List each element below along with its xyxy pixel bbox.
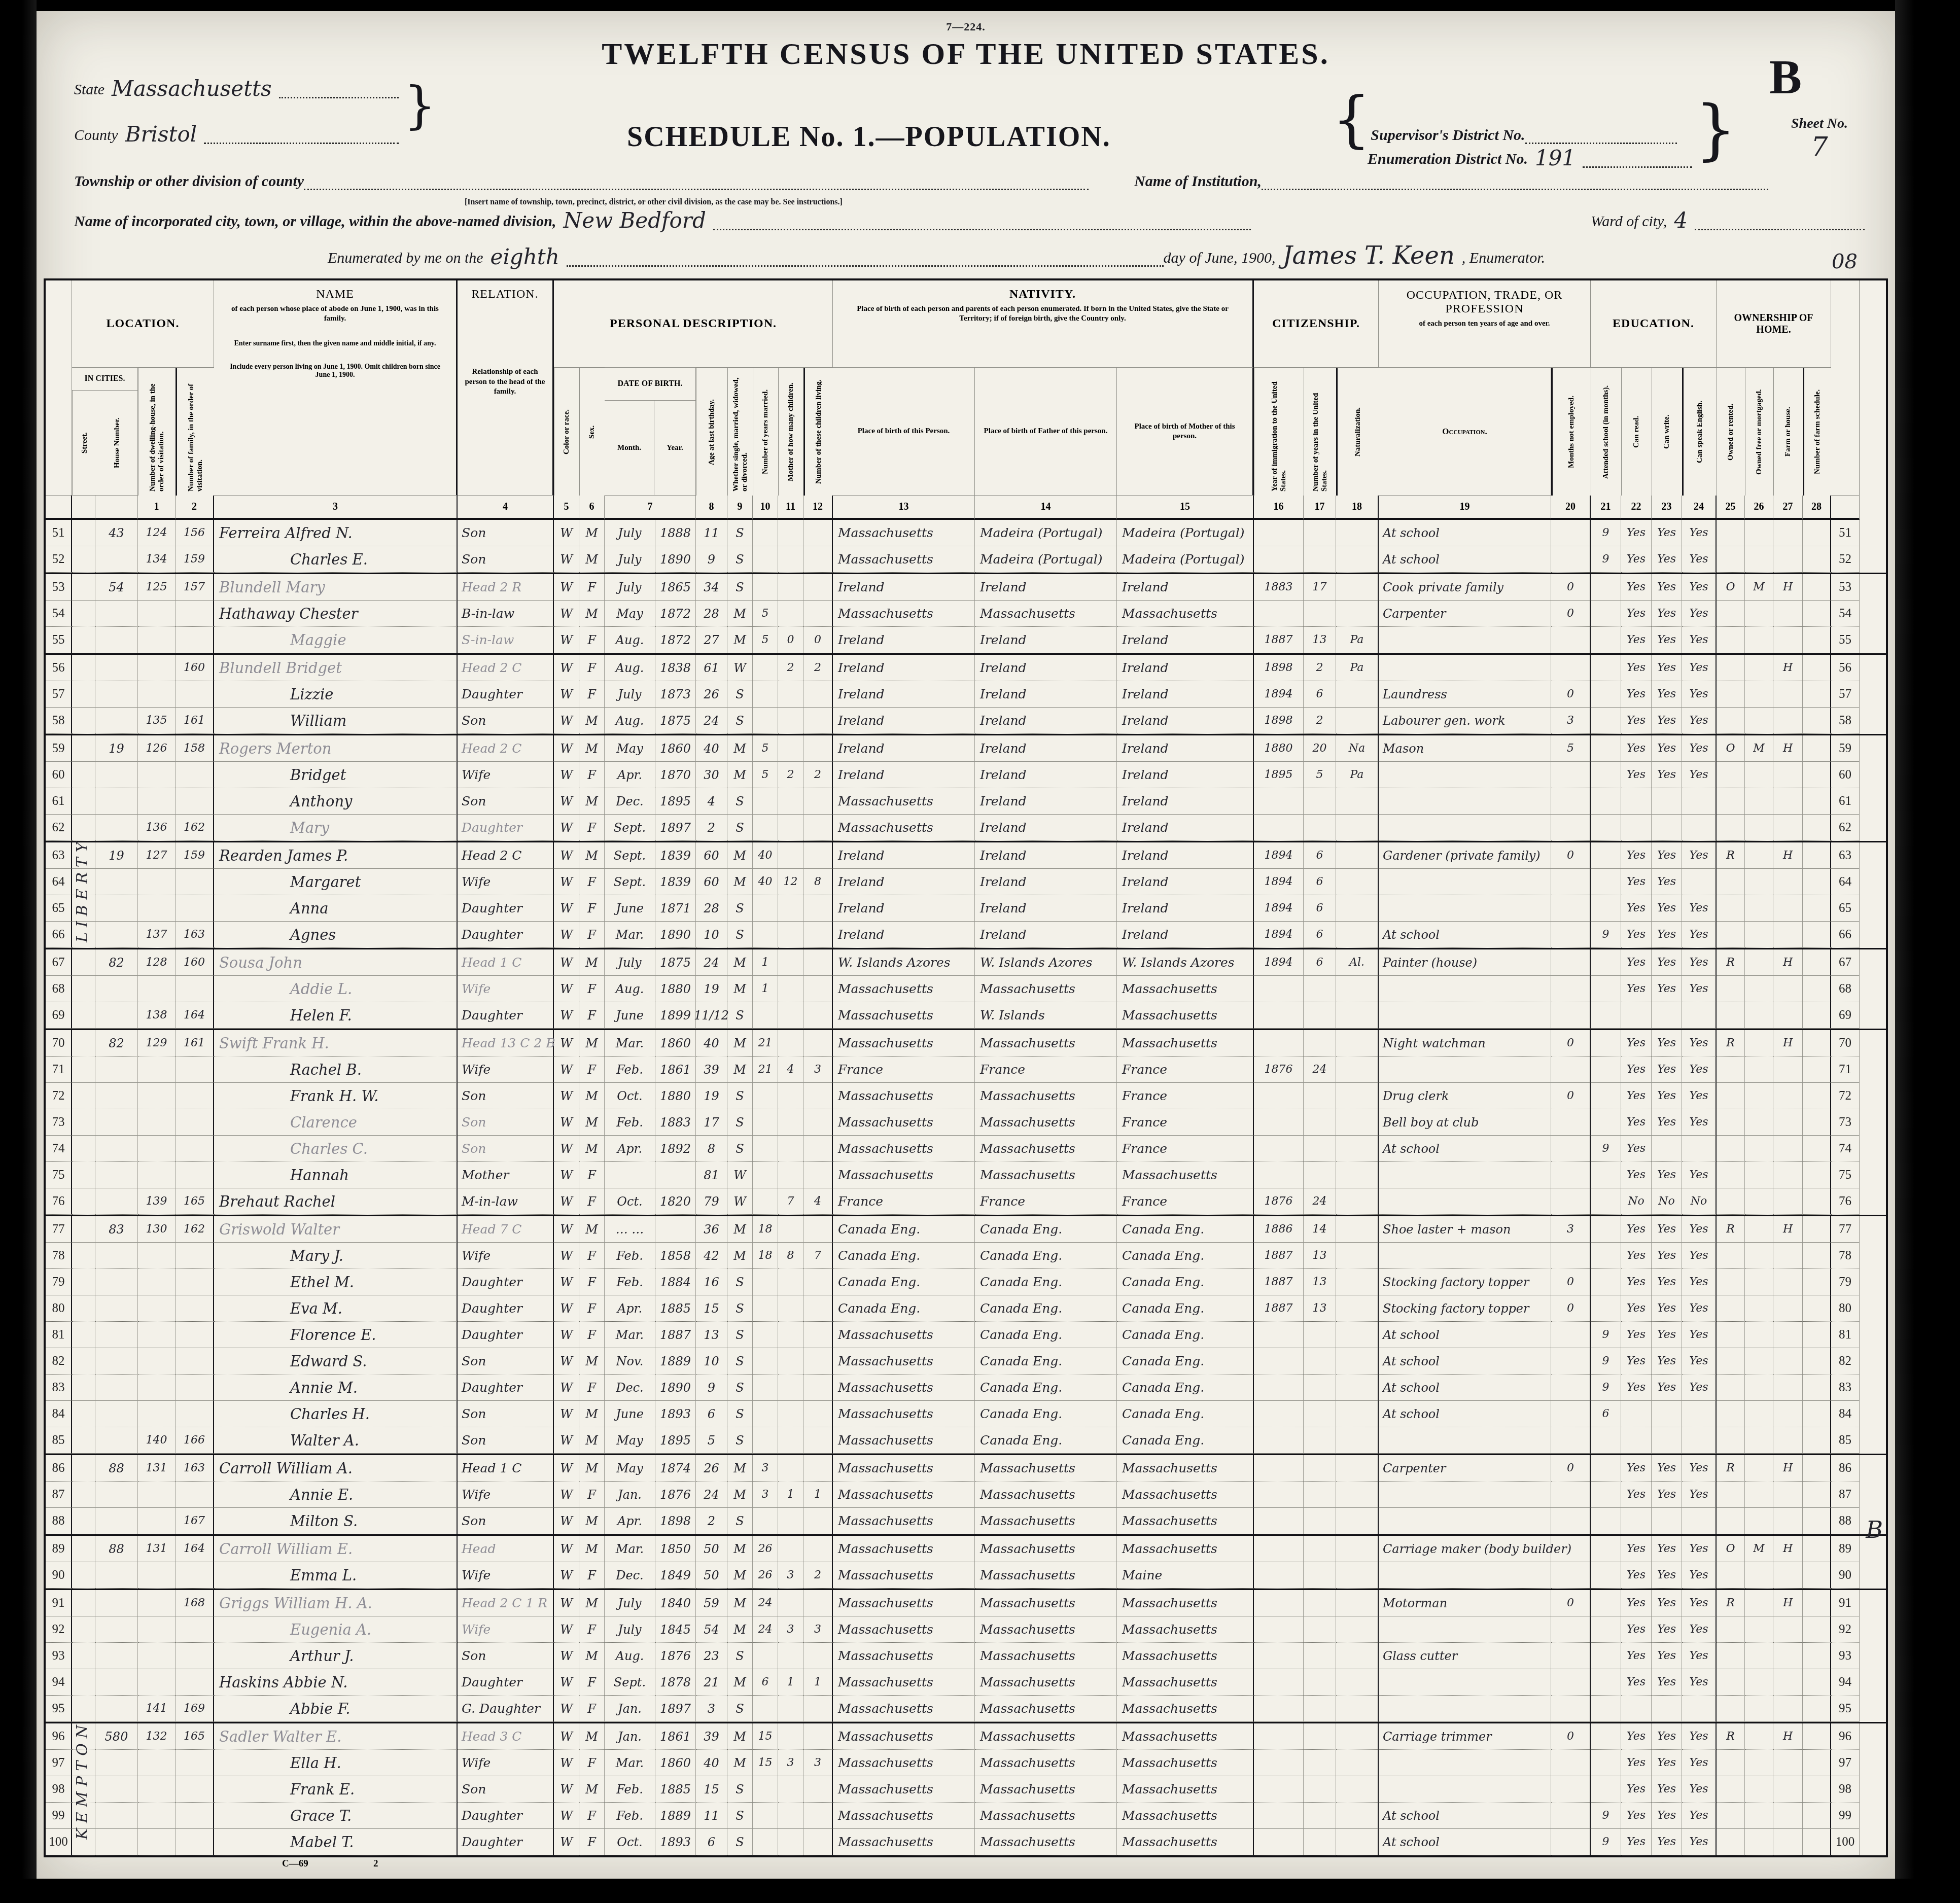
cell-can-write: Yes [1652, 1616, 1682, 1643]
cell-attended-school [1591, 1056, 1621, 1083]
occupation-title: OCCUPATION, TRADE, OR PROFESSION [1379, 289, 1590, 316]
col-years-married: Number of years married. [753, 368, 778, 496]
cell-immigration-year: 1894 [1254, 922, 1304, 948]
cell-farm-schedule [1803, 922, 1831, 948]
cell-relation: Son [458, 1401, 554, 1427]
cell-years-married [753, 520, 778, 546]
cell-years-in-us: 13 [1304, 1269, 1336, 1295]
cell-mother-of-children [778, 1030, 803, 1056]
cell-immigration-year [1254, 1508, 1304, 1534]
cell-birth-month: Aug. [605, 655, 655, 681]
cell-attended-school [1591, 815, 1621, 841]
cell-family-number [176, 895, 214, 922]
cell-person-name: William [214, 708, 458, 734]
cell-pob-father: Canada Eng. [975, 1401, 1117, 1427]
cell-can-write: Yes [1652, 1562, 1682, 1589]
cell-birth-month: Dec. [605, 788, 655, 815]
cell-street-cell [72, 1508, 95, 1534]
cell-row-number-left: 79 [46, 1269, 72, 1295]
cell-farm-or-house [1773, 520, 1803, 546]
cell-mother-of-children [778, 1723, 803, 1750]
cell-sex: F [579, 1243, 605, 1269]
census-row: 55MaggieS-in-lawWFAug.187227M500IrelandI… [46, 627, 1886, 653]
cell-pob-person: Massachusetts [833, 815, 975, 841]
cell-birth-month: Feb. [605, 1269, 655, 1295]
cell-can-write [1652, 1427, 1682, 1454]
cell-row-number-right: 99 [1831, 1803, 1860, 1829]
enumeration-blank [1583, 149, 1692, 168]
cell-birth-year [655, 1162, 696, 1188]
cell-immigration-year [1254, 1375, 1304, 1401]
cell-dwelling-number [138, 1375, 176, 1401]
cell-sex: F [579, 681, 605, 708]
cell-row-number-right: 90 [1831, 1562, 1860, 1589]
cell-children-living: 7 [803, 1243, 833, 1269]
cell-relation: Wife [458, 1056, 554, 1083]
census-row: 91168Griggs William H. A.Head 2 C 1 RWMJ… [46, 1589, 1886, 1616]
cell-farm-schedule [1803, 1776, 1831, 1803]
column-number: 19 [1379, 496, 1551, 520]
cell-years-in-us [1304, 1669, 1336, 1696]
census-row: 5143124156Ferreira Alfred N.SonWMJuly188… [46, 520, 1886, 546]
cell-years-married [753, 1776, 778, 1803]
cell-pob-mother: Massachusetts [1117, 1696, 1254, 1722]
cell-house-number [95, 1508, 138, 1534]
cell-attended-school: 9 [1591, 1322, 1621, 1348]
cell-farm-schedule [1803, 976, 1831, 1002]
cell-birth-year: 1840 [655, 1590, 696, 1616]
cell-sex: M [579, 1536, 605, 1562]
cell-marital-status: M [727, 976, 753, 1002]
cell-relation: Wife [458, 1243, 554, 1269]
cell-house-number [95, 1375, 138, 1401]
cell-children-living [803, 1536, 833, 1562]
cell-person-name: Charles E. [214, 546, 458, 573]
cell-months-not-employed: 0 [1551, 574, 1591, 601]
cell-pob-mother: Ireland [1117, 655, 1254, 681]
cell-can-speak-english: Yes [1682, 1030, 1717, 1056]
cell-row-number-right: 93 [1831, 1643, 1860, 1669]
cell-age: 28 [696, 601, 727, 627]
cell-row-number-right: 83 [1831, 1375, 1860, 1401]
cell-can-write: Yes [1652, 574, 1682, 601]
cell-immigration-year [1254, 546, 1304, 573]
cell-row-number-right: 66 [1831, 922, 1860, 948]
cell-birth-month: May [605, 1455, 655, 1482]
cell-owned-rented: R [1717, 1455, 1745, 1482]
cell-color-race: W [554, 1295, 579, 1322]
cell-house-number [95, 1188, 138, 1215]
cell-house-number [95, 546, 138, 573]
cell-can-read: Yes [1621, 1295, 1652, 1322]
cell-years-in-us [1304, 1723, 1336, 1750]
cell-farm-or-house [1773, 1482, 1803, 1508]
form-code: 7—224. [44, 20, 1888, 33]
cell-dwelling-number: 131 [138, 1536, 176, 1562]
cell-immigration-year [1254, 1803, 1304, 1829]
cell-birth-year: 1889 [655, 1348, 696, 1375]
cell-owned-free-mortgaged [1745, 1723, 1773, 1750]
cell-months-not-employed [1551, 1375, 1591, 1401]
name-desc: of each person whose place of abode on J… [222, 301, 448, 327]
cell-attended-school [1591, 1669, 1621, 1696]
cell-children-living [803, 1427, 833, 1454]
census-row: 92Eugenia A.WifeWFJuly184554M2433Massach… [46, 1616, 1886, 1643]
cell-immigration-year [1254, 976, 1304, 1002]
institution-label: Name of Institution, [1134, 173, 1262, 190]
cell-pob-person: Massachusetts [833, 1030, 975, 1056]
census-row: 6319127159Rearden James P.Head 2 CWMSept… [46, 841, 1886, 869]
cell-farm-or-house [1773, 1776, 1803, 1803]
cell-family-number: 169 [176, 1696, 214, 1722]
cell-row-number-right: 63 [1831, 842, 1860, 869]
cell-farm-schedule [1803, 1482, 1831, 1508]
cell-can-read: Yes [1621, 762, 1652, 788]
cell-years-married [753, 1427, 778, 1454]
cell-pob-father: Massachusetts [975, 1643, 1117, 1669]
cell-attended-school [1591, 708, 1621, 734]
cell-owned-rented [1717, 1375, 1745, 1401]
census-row: 88167Milton S.SonWMApr.18982SMassachuset… [46, 1508, 1886, 1534]
cell-attended-school [1591, 976, 1621, 1002]
cell-dwelling-number [138, 1269, 176, 1295]
cell-age: 40 [696, 735, 727, 762]
cell-age: 26 [696, 681, 727, 708]
cell-marital-status: S [727, 1109, 753, 1136]
cell-row-number-left: 83 [46, 1375, 72, 1401]
cell-age: 6 [696, 1401, 727, 1427]
cell-row-number-left: 92 [46, 1616, 72, 1643]
cell-street-cell [72, 1482, 95, 1508]
scan-edge-left [0, 0, 37, 1903]
cell-naturalization [1336, 1643, 1379, 1669]
cell-row-number-left: 58 [46, 708, 72, 734]
cell-family-number: 163 [176, 1455, 214, 1482]
cell-family-number: 161 [176, 1030, 214, 1056]
cell-can-read: Yes [1621, 842, 1652, 869]
cell-house-number [95, 1056, 138, 1083]
cell-years-in-us [1304, 546, 1336, 573]
cell-mother-of-children [778, 1002, 803, 1029]
census-row: 57LizzieDaughterWFJuly187326SIrelandIrel… [46, 681, 1886, 708]
cell-row-number-left: 81 [46, 1322, 72, 1348]
cell-row-number-left: 78 [46, 1243, 72, 1269]
cell-relation: Son [458, 1083, 554, 1109]
cell-naturalization [1336, 869, 1379, 895]
cell-house-number [95, 1829, 138, 1855]
group-occupation: OCCUPATION, TRADE, OR PROFESSION of each… [1379, 280, 1591, 368]
cell-house-number [95, 869, 138, 895]
cell-immigration-year [1254, 1482, 1304, 1508]
cell-immigration-year: 1883 [1254, 574, 1304, 601]
cell-years-married [753, 1162, 778, 1188]
cell-sex: F [579, 1829, 605, 1855]
cell-can-read [1621, 1508, 1652, 1534]
cell-row-number-right: 54 [1831, 601, 1860, 627]
cell-naturalization [1336, 1243, 1379, 1269]
cell-immigration-year [1254, 1696, 1304, 1722]
cell-sex: M [579, 1216, 605, 1243]
cell-can-speak-english [1682, 815, 1717, 841]
cell-house-number: 19 [95, 842, 138, 869]
cell-color-race: W [554, 762, 579, 788]
cell-owned-free-mortgaged [1745, 895, 1773, 922]
supervisor-blank [1525, 125, 1677, 144]
cell-naturalization [1336, 1482, 1379, 1508]
cell-person-name: Sadler Walter E. [214, 1723, 458, 1750]
cell-house-number: 43 [95, 520, 138, 546]
cell-children-living [803, 1295, 833, 1322]
cell-occupation [1379, 869, 1551, 895]
cell-row-number-left: 52 [46, 546, 72, 573]
cell-person-name: Mary J. [214, 1243, 458, 1269]
cell-naturalization: Al. [1336, 949, 1379, 976]
cell-children-living [803, 735, 833, 762]
census-row: 68Addie L.WifeWFAug.188019M1Massachusett… [46, 976, 1886, 1002]
cell-farm-schedule [1803, 1536, 1831, 1562]
cell-farm-schedule [1803, 1348, 1831, 1375]
cell-pob-person: Massachusetts [833, 1375, 975, 1401]
enumerator-label: , Enumerator. [1462, 250, 1545, 267]
cell-house-number [95, 1322, 138, 1348]
cell-years-in-us [1304, 815, 1336, 841]
cell-children-living [803, 1136, 833, 1162]
cell-months-not-employed [1551, 627, 1591, 653]
cell-mother-of-children [778, 1083, 803, 1109]
cell-can-write: Yes [1652, 1750, 1682, 1776]
cell-dwelling-number [138, 976, 176, 1002]
cell-months-not-employed [1551, 895, 1591, 922]
cell-attended-school [1591, 1590, 1621, 1616]
cell-marital-status: S [727, 895, 753, 922]
cell-can-write: Yes [1652, 1590, 1682, 1616]
cell-street-cell [72, 1401, 95, 1427]
cell-person-name: Eva M. [214, 1295, 458, 1322]
cell-immigration-year [1254, 1669, 1304, 1696]
cell-years-in-us: 6 [1304, 842, 1336, 869]
cell-pob-person: Massachusetts [833, 1455, 975, 1482]
cell-children-living [803, 1803, 833, 1829]
cell-years-in-us [1304, 1401, 1336, 1427]
cell-occupation: Drug clerk [1379, 1083, 1551, 1109]
cell-can-write: Yes [1652, 1269, 1682, 1295]
cell-occupation [1379, 1562, 1551, 1589]
cell-farm-or-house [1773, 1002, 1803, 1029]
cell-owned-free-mortgaged [1745, 1162, 1773, 1188]
cell-person-name: Florence E. [214, 1322, 458, 1348]
cell-can-write: Yes [1652, 895, 1682, 922]
cell-farm-schedule [1803, 681, 1831, 708]
cell-mother-of-children [778, 1109, 803, 1136]
cell-farm-schedule [1803, 1669, 1831, 1696]
cell-owned-free-mortgaged [1745, 1427, 1773, 1454]
col-speak-english: Can speak English. [1682, 368, 1717, 496]
cell-color-race: W [554, 1508, 579, 1534]
cell-owned-rented [1717, 1083, 1745, 1109]
cell-sex: F [579, 976, 605, 1002]
cell-occupation [1379, 1669, 1551, 1696]
cell-children-living: 1 [803, 1669, 833, 1696]
relation-desc: Relationship of each person to the head … [462, 367, 548, 397]
cell-can-read: Yes [1621, 1829, 1652, 1855]
cell-mother-of-children [778, 976, 803, 1002]
cell-street-cell [72, 1136, 95, 1162]
cell-months-not-employed: 0 [1551, 1083, 1591, 1109]
cell-street-cell [72, 1562, 95, 1589]
cell-relation: S-in-law [458, 627, 554, 653]
cell-mother-of-children [778, 735, 803, 762]
column-number: 26 [1745, 496, 1773, 520]
cell-farm-schedule [1803, 1696, 1831, 1722]
cell-row-number-left: 75 [46, 1162, 72, 1188]
cell-sex: M [579, 520, 605, 546]
cell-children-living [803, 1776, 833, 1803]
cell-owned-rented [1717, 708, 1745, 734]
cell-row-number-left: 86 [46, 1455, 72, 1482]
cell-marital-status: M [727, 842, 753, 869]
column-number: 5 [554, 496, 579, 520]
column-number: 3 [214, 496, 458, 520]
cell-farm-or-house [1773, 922, 1803, 948]
cell-street-cell [72, 574, 95, 601]
cell-mother-of-children: 7 [778, 1188, 803, 1215]
cell-can-write: Yes [1652, 1243, 1682, 1269]
cell-street-cell [72, 681, 95, 708]
cell-attended-school [1591, 949, 1621, 976]
cell-color-race: W [554, 1829, 579, 1855]
cell-dwelling-number [138, 869, 176, 895]
cell-house-number [95, 788, 138, 815]
cell-sex: F [579, 922, 605, 948]
column-number [1831, 496, 1860, 520]
cell-dwelling-number [138, 681, 176, 708]
cell-birth-month: Aug. [605, 1643, 655, 1669]
census-row: 8988131164Carroll William E.HeadWMMar.18… [46, 1534, 1886, 1562]
enumerated-label2: day of June, 1900, [1164, 250, 1276, 267]
cell-age: 50 [696, 1562, 727, 1589]
cell-birth-month: Dec. [605, 1375, 655, 1401]
cell-children-living: 2 [803, 1562, 833, 1589]
cell-sex: F [579, 869, 605, 895]
col-birth-year: Year. [654, 401, 695, 495]
cell-relation: Son [458, 1427, 554, 1454]
cell-owned-free-mortgaged [1745, 1455, 1773, 1482]
cell-occupation: Bell boy at club [1379, 1109, 1551, 1136]
col-color-race: Color or race. [554, 368, 579, 496]
cell-immigration-year: 1894 [1254, 869, 1304, 895]
cell-months-not-employed: 3 [1551, 708, 1591, 734]
cell-attended-school [1591, 1508, 1621, 1534]
cell-person-name: Abbie F. [214, 1696, 458, 1722]
cell-owned-rented [1717, 1401, 1745, 1427]
cell-age: 50 [696, 1536, 727, 1562]
cell-birth-month: Feb. [605, 1109, 655, 1136]
cell-family-number [176, 1295, 214, 1322]
cell-street-cell [72, 1269, 95, 1295]
cell-naturalization [1336, 815, 1379, 841]
cell-person-name: Mary [214, 815, 458, 841]
cell-birth-year: 1895 [655, 788, 696, 815]
cell-house-number [95, 1243, 138, 1269]
cell-farm-schedule [1803, 869, 1831, 895]
cell-family-number: 162 [176, 815, 214, 841]
cell-age: 16 [696, 1269, 727, 1295]
cell-naturalization [1336, 1829, 1379, 1855]
cell-owned-free-mortgaged [1745, 1590, 1773, 1616]
cell-person-name: Milton S. [214, 1508, 458, 1534]
cell-marital-status: S [727, 1348, 753, 1375]
cell-birth-month: July [605, 1590, 655, 1616]
cell-birth-year: 1865 [655, 574, 696, 601]
cell-birth-month: July [605, 1616, 655, 1643]
cell-family-number [176, 1643, 214, 1669]
cell-house-number [95, 655, 138, 681]
township-label: Township or other division of county [74, 173, 304, 190]
state-label: State [74, 81, 104, 98]
footer-code: C—69 [282, 1858, 308, 1870]
census-row: 83Annie M.DaughterWFDec.18909SMassachuse… [46, 1375, 1886, 1401]
cell-months-not-employed [1551, 520, 1591, 546]
cell-owned-free-mortgaged [1745, 1002, 1773, 1029]
cell-birth-year: 1860 [655, 1750, 696, 1776]
cell-birth-year: 1820 [655, 1188, 696, 1215]
cell-mother-of-children [778, 1216, 803, 1243]
group-location: LOCATION. [72, 280, 214, 368]
cell-owned-free-mortgaged [1745, 1643, 1773, 1669]
cell-can-speak-english: Yes [1682, 1482, 1717, 1508]
group-ownership: OWNERSHIP OF HOME. [1717, 280, 1831, 368]
cell-dwelling-number [138, 1322, 176, 1348]
occupation-sub: of each person ten years of age and over… [1379, 316, 1590, 332]
institution-blank [1262, 171, 1768, 190]
cell-person-name: Blundell Bridget [214, 655, 458, 681]
cell-can-read [1621, 1401, 1652, 1427]
cell-birth-month: Mar. [605, 1750, 655, 1776]
cell-can-speak-english: Yes [1682, 1750, 1717, 1776]
cell-farm-schedule [1803, 1002, 1831, 1029]
cell-family-number [176, 1109, 214, 1136]
cell-years-in-us: 14 [1304, 1216, 1336, 1243]
cell-pob-father: Ireland [975, 735, 1117, 762]
cell-farm-or-house [1773, 1803, 1803, 1829]
cell-farm-or-house [1773, 1188, 1803, 1215]
cell-can-read: Yes [1621, 949, 1652, 976]
cell-can-read: Yes [1621, 1723, 1652, 1750]
cell-house-number [95, 895, 138, 922]
cell-house-number [95, 1482, 138, 1508]
cell-row-number-right: 60 [1831, 762, 1860, 788]
cell-row-number-left: 91 [46, 1590, 72, 1616]
cell-house-number [95, 1643, 138, 1669]
cell-attended-school [1591, 1216, 1621, 1243]
cell-marital-status: W [727, 1162, 753, 1188]
cell-age: 17 [696, 1109, 727, 1136]
cell-relation: Mother [458, 1162, 554, 1188]
cell-pob-person: Massachusetts [833, 546, 975, 573]
cell-birth-year: 1876 [655, 1643, 696, 1669]
column-number: 14 [975, 496, 1117, 520]
cell-can-write [1652, 1401, 1682, 1427]
cell-can-speak-english: Yes [1682, 976, 1717, 1002]
cell-house-number [95, 601, 138, 627]
cell-occupation [1379, 1482, 1551, 1508]
cell-years-married [753, 1322, 778, 1348]
cell-attended-school: 9 [1591, 520, 1621, 546]
cell-farm-schedule [1803, 1508, 1831, 1534]
column-number: 23 [1652, 496, 1682, 520]
cell-can-read: Yes [1621, 1616, 1652, 1643]
cell-relation: Wife [458, 1616, 554, 1643]
